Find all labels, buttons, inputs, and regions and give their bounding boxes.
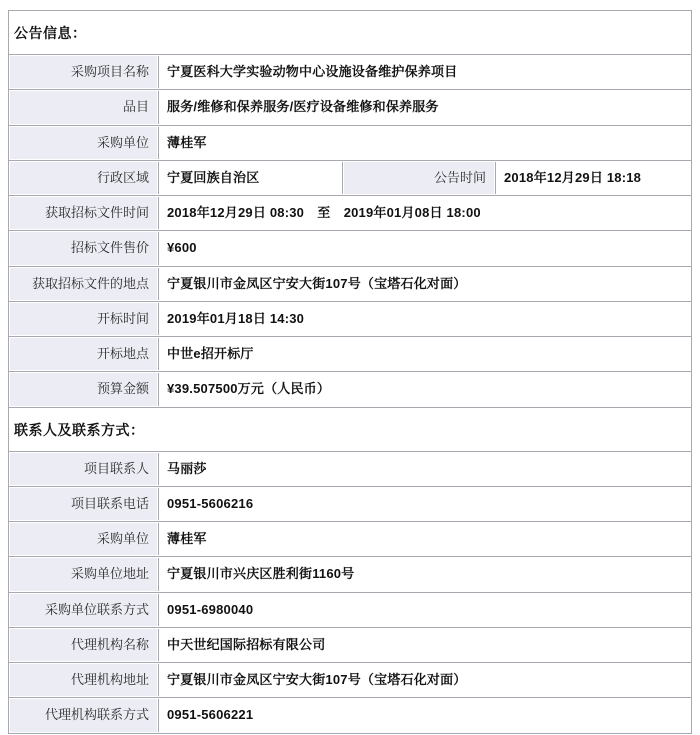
table-row: 开标时间2019年01月18日 14:30 bbox=[9, 302, 691, 337]
table-row: 采购单位薄桂军 bbox=[9, 522, 691, 557]
field-value: 马丽莎 bbox=[158, 453, 690, 485]
table-row: 代理机构地址宁夏银川市金凤区宁安大街107号（宝塔石化对面） bbox=[9, 663, 691, 698]
table-row: 预算金额¥39.507500万元（人民币） bbox=[9, 372, 691, 407]
field-label: 公告时间 bbox=[344, 162, 494, 194]
field-label: 项目联系人 bbox=[10, 453, 157, 485]
field-value: 薄桂军 bbox=[158, 523, 690, 555]
section-title: 公告信息： bbox=[10, 12, 91, 53]
field-value: 2018年12月29日 08:30 至 2019年01月08日 18:00 bbox=[158, 197, 690, 229]
field-label: 采购项目名称 bbox=[10, 56, 157, 88]
field-value: 0951-6980040 bbox=[158, 594, 690, 626]
section-header-row: 联系人及联系方式： bbox=[9, 408, 691, 452]
field-value: 中世e招开标厅 bbox=[158, 338, 690, 370]
table-row: 采购项目名称宁夏医科大学实验动物中心设施设备维护保养项目 bbox=[9, 55, 691, 90]
field-label: 获取招标文件的地点 bbox=[10, 268, 157, 300]
table-row: 行政区域宁夏回族自治区公告时间2018年12月29日 18:18 bbox=[9, 161, 691, 196]
field-value: 0951-5606216 bbox=[158, 488, 690, 520]
field-value: 中天世纪国际招标有限公司 bbox=[158, 629, 690, 661]
field-label: 采购单位联系方式 bbox=[10, 594, 157, 626]
field-value: 宁夏银川市金凤区宁安大街107号（宝塔石化对面） bbox=[158, 268, 690, 300]
table-row: 开标地点中世e招开标厅 bbox=[9, 337, 691, 372]
table-row: 品目服务/维修和保养服务/医疗设备维修和保养服务 bbox=[9, 90, 691, 125]
table-row: 采购单位联系方式0951-6980040 bbox=[9, 593, 691, 628]
field-label: 代理机构地址 bbox=[10, 664, 157, 696]
table-row: 采购单位薄桂军 bbox=[9, 126, 691, 161]
field-label: 采购单位地址 bbox=[10, 558, 157, 590]
field-label: 获取招标文件时间 bbox=[10, 197, 157, 229]
field-value: 宁夏银川市金凤区宁安大街107号（宝塔石化对面） bbox=[158, 664, 690, 696]
field-value: 2018年12月29日 18:18 bbox=[495, 162, 690, 194]
section-header-row: 公告信息： bbox=[9, 11, 691, 55]
field-value: 宁夏医科大学实验动物中心设施设备维护保养项目 bbox=[158, 56, 690, 88]
field-value: 薄桂军 bbox=[158, 127, 690, 159]
field-label: 代理机构名称 bbox=[10, 629, 157, 661]
field-value: 服务/维修和保养服务/医疗设备维修和保养服务 bbox=[158, 91, 690, 123]
announcement-table: 公告信息：采购项目名称宁夏医科大学实验动物中心设施设备维护保养项目品目服务/维修… bbox=[8, 10, 692, 734]
field-label: 招标文件售价 bbox=[10, 232, 157, 264]
field-label: 采购单位 bbox=[10, 127, 157, 159]
field-label: 采购单位 bbox=[10, 523, 157, 555]
field-value: 0951-5606221 bbox=[158, 699, 690, 731]
field-value: 宁夏银川市兴庆区胜利街1160号 bbox=[158, 558, 690, 590]
table-row: 招标文件售价¥600 bbox=[9, 231, 691, 266]
field-label: 开标地点 bbox=[10, 338, 157, 370]
field-label: 品目 bbox=[10, 91, 157, 123]
field-value: 宁夏回族自治区 bbox=[158, 162, 343, 194]
field-label: 行政区域 bbox=[10, 162, 157, 194]
table-row: 项目联系人马丽莎 bbox=[9, 452, 691, 487]
field-label: 开标时间 bbox=[10, 303, 157, 335]
table-row: 获取招标文件时间2018年12月29日 08:30 至 2019年01月08日 … bbox=[9, 196, 691, 231]
field-value: ¥39.507500万元（人民币） bbox=[158, 373, 690, 405]
table-row: 代理机构联系方式0951-5606221 bbox=[9, 698, 691, 732]
field-label: 预算金额 bbox=[10, 373, 157, 405]
table-row: 获取招标文件的地点宁夏银川市金凤区宁安大街107号（宝塔石化对面） bbox=[9, 267, 691, 302]
field-value: ¥600 bbox=[158, 232, 690, 264]
table-row: 代理机构名称中天世纪国际招标有限公司 bbox=[9, 628, 691, 663]
table-row: 项目联系电话0951-5606216 bbox=[9, 487, 691, 522]
section-title: 联系人及联系方式： bbox=[10, 409, 149, 450]
field-value: 2019年01月18日 14:30 bbox=[158, 303, 690, 335]
field-label: 代理机构联系方式 bbox=[10, 699, 157, 731]
field-label: 项目联系电话 bbox=[10, 488, 157, 520]
table-row: 采购单位地址宁夏银川市兴庆区胜利街1160号 bbox=[9, 557, 691, 592]
